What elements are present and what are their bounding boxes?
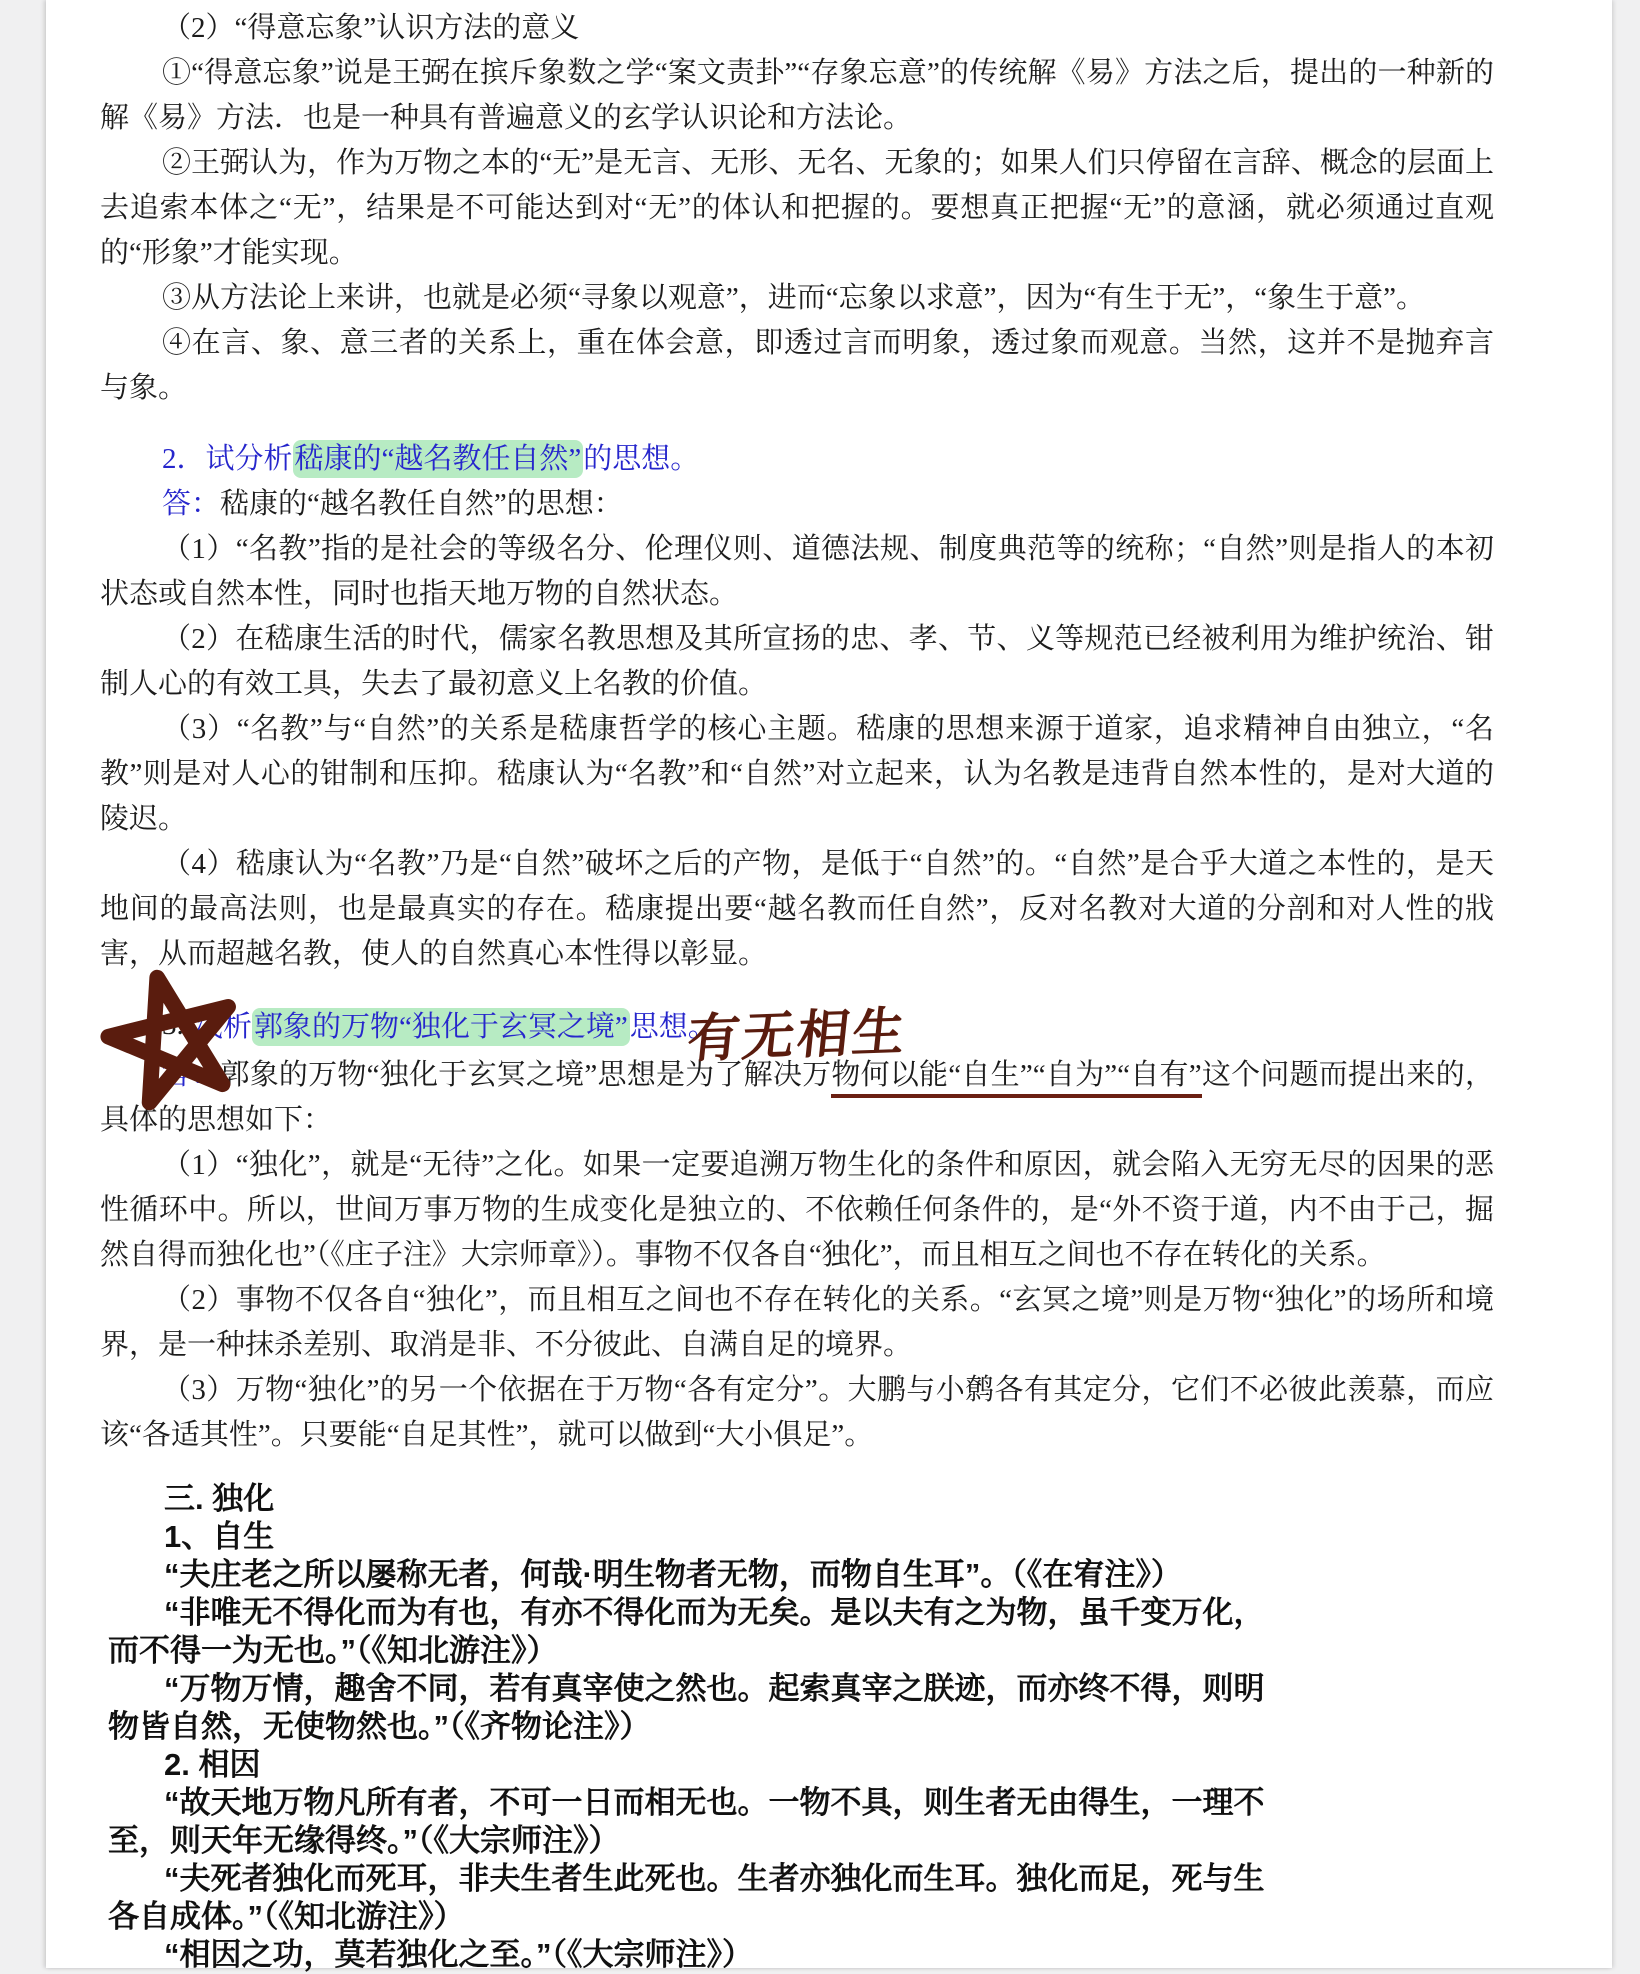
answer-2-point-4: （4）嵇康认为“名教”乃是“自然”破坏之后的产物，是低于“自然”的。“自然”是合… <box>100 842 1494 977</box>
answer-2-intro-line: 答：嵇康的“越名教任自然”的思想： <box>100 482 1494 527</box>
notes-line: 至，则天年无缘得终。”（《大宗师注》） <box>108 1822 1494 1860</box>
paragraph-deyi-1: ①“得意忘象”说是王弼在摈斥象数之学“案文责卦”“存象忘意”的传统解《易》方法之… <box>100 51 1494 141</box>
question-2-block: 2．试分析嵇康的“越名教任自然”的思想。 答：嵇康的“越名教任自然”的思想： （… <box>100 437 1494 977</box>
notes-line: “非唯无不得化而为有也，有亦不得化而为无矣。是以夫有之为物，虽千变万化， <box>108 1594 1494 1632</box>
answer-3-text-1: 郭象的万物“独化于玄冥之境”思想是为了解决万 <box>220 1059 831 1091</box>
paragraph-deyi-2: ②王弼认为，作为万物之本的“无”是无言、无形、无名、无象的；如果人们只停留在言辞… <box>100 141 1494 276</box>
paragraph-deyi-3: ③从方法论上来讲，也就是必须“寻象以观意”，进而“忘象以求意”，因为“有生于无”… <box>100 276 1494 321</box>
notes-line: 1、自生 <box>108 1518 1494 1556</box>
paragraph-deyi-heading: （2）“得意忘象”认识方法的意义 <box>100 6 1494 51</box>
answer-3-point-1: （1）“独化”，就是“无待”之化。如果一定要追溯万物生化的条件和原因，就会陷入无… <box>100 1143 1494 1278</box>
question-3-suffix: 思想。 <box>630 1011 717 1043</box>
question-2-number: 2． <box>162 443 206 475</box>
answer-2-label: 答： <box>162 488 220 520</box>
answer-2-point-2: （2）在嵇康生活的时代，儒家名教思想及其所宣扬的忠、孝、节、义等规范已经被利用为… <box>100 617 1494 707</box>
notes-line: “夫庄老之所以屡称无者，何哉·明生物者无物，而物自生耳”。（《在宥注》） <box>108 1556 1494 1594</box>
notes-line: 各自成体。”（《知北游注》） <box>108 1898 1494 1936</box>
document-content: （2）“得意忘象”认识方法的意义 ①“得意忘象”说是王弼在摈斥象数之学“案文责卦… <box>46 0 1612 1968</box>
notes-line: “夫死者独化而死耳，非夫生者生此死也。生者亦独化而生耳。独化而足，死与生 <box>108 1860 1494 1898</box>
paragraph-deyi-4: ④在言、象、意三者的关系上，重在体会意，即透过言而明象，透过象而观意。当然，这并… <box>100 321 1494 411</box>
notes-line: 2. 相因 <box>108 1746 1494 1784</box>
answer-3-underlined-phrase: 物何以能“自生”“自为”“自有” <box>831 1059 1201 1098</box>
question-2-suffix: 的思想。 <box>583 443 699 475</box>
notes-line: “万物万情，趣舍不同，若有真宰使之然也。起索真宰之朕迹，而亦终不得，则明 <box>108 1670 1494 1708</box>
notes-line: 物皆自然，无使物然也。”（《齐物论注》） <box>108 1708 1494 1746</box>
document-page: （2）“得意忘象”认识方法的意义 ①“得意忘象”说是王弼在摈斥象数之学“案文责卦… <box>46 0 1612 1968</box>
section-duhua-notes: 三. 独化 1、自生 “夫庄老之所以屡称无者，何哉·明生物者无物，而物自生耳”。… <box>100 1480 1494 1968</box>
question-2-title: 2．试分析嵇康的“越名教任自然”的思想。 <box>100 437 1494 482</box>
notes-line: 而不得一为无也。”（《知北游注》） <box>108 1632 1494 1670</box>
question-2-highlighted-phrase: 嵇康的“越名教任自然” <box>293 440 584 478</box>
answer-3-intro-line: 答：郭象的万物“独化于玄冥之境”思想是为了解决万物何以能“自生”“自为”“自有”… <box>100 1053 1494 1143</box>
question-3-number: 3. <box>162 1009 184 1042</box>
answer-3-point-2: （2）事物不仅各自“独化”，而且相互之间也不存在转化的关系。“玄冥之境”则是万物… <box>100 1278 1494 1368</box>
answer-2-point-3: （3）“名教”与“自然”的关系是嵇康哲学的核心主题。嵇康的思想来源于道家，追求精… <box>100 707 1494 842</box>
notes-line: “故天地万物凡所有者，不可一日而相无也。一物不具，则生者无由得生，一理不 <box>108 1784 1494 1822</box>
answer-3-point-3: （3）万物“独化”的另一个依据在于万物“各有定分”。大鹏与小鹩各有其定分，它们不… <box>100 1368 1494 1458</box>
section-deyi-wangxiang: （2）“得意忘象”认识方法的意义 ①“得意忘象”说是王弼在摈斥象数之学“案文责卦… <box>100 6 1494 411</box>
notes-line: “相因之功，莫若独化之至。”（《大宗师注》） <box>108 1936 1494 1968</box>
answer-2-point-1: （1）“名教”指的是社会的等级名分、伦理仪则、道德法规、制度典范等的统称；“自然… <box>100 527 1494 617</box>
question-3-title: 浅析郭象的万物“独化于玄冥之境”思想。 <box>100 1001 1494 1053</box>
answer-3-label: 答： <box>162 1059 220 1091</box>
question-3-block: 3. 有无相生 浅析郭象的万物“独化于玄冥之境”思想。 答：郭象的万物“独化于玄… <box>100 1001 1494 1458</box>
question-2-prefix: 试分析 <box>206 443 293 475</box>
answer-2-intro: 嵇康的“越名教任自然”的思想： <box>220 488 623 520</box>
question-3-prefix: 浅析 <box>194 1011 252 1043</box>
notes-line: 三. 独化 <box>108 1480 1494 1518</box>
question-3-highlighted-phrase: 郭象的万物“独化于玄冥之境” <box>252 1008 630 1046</box>
